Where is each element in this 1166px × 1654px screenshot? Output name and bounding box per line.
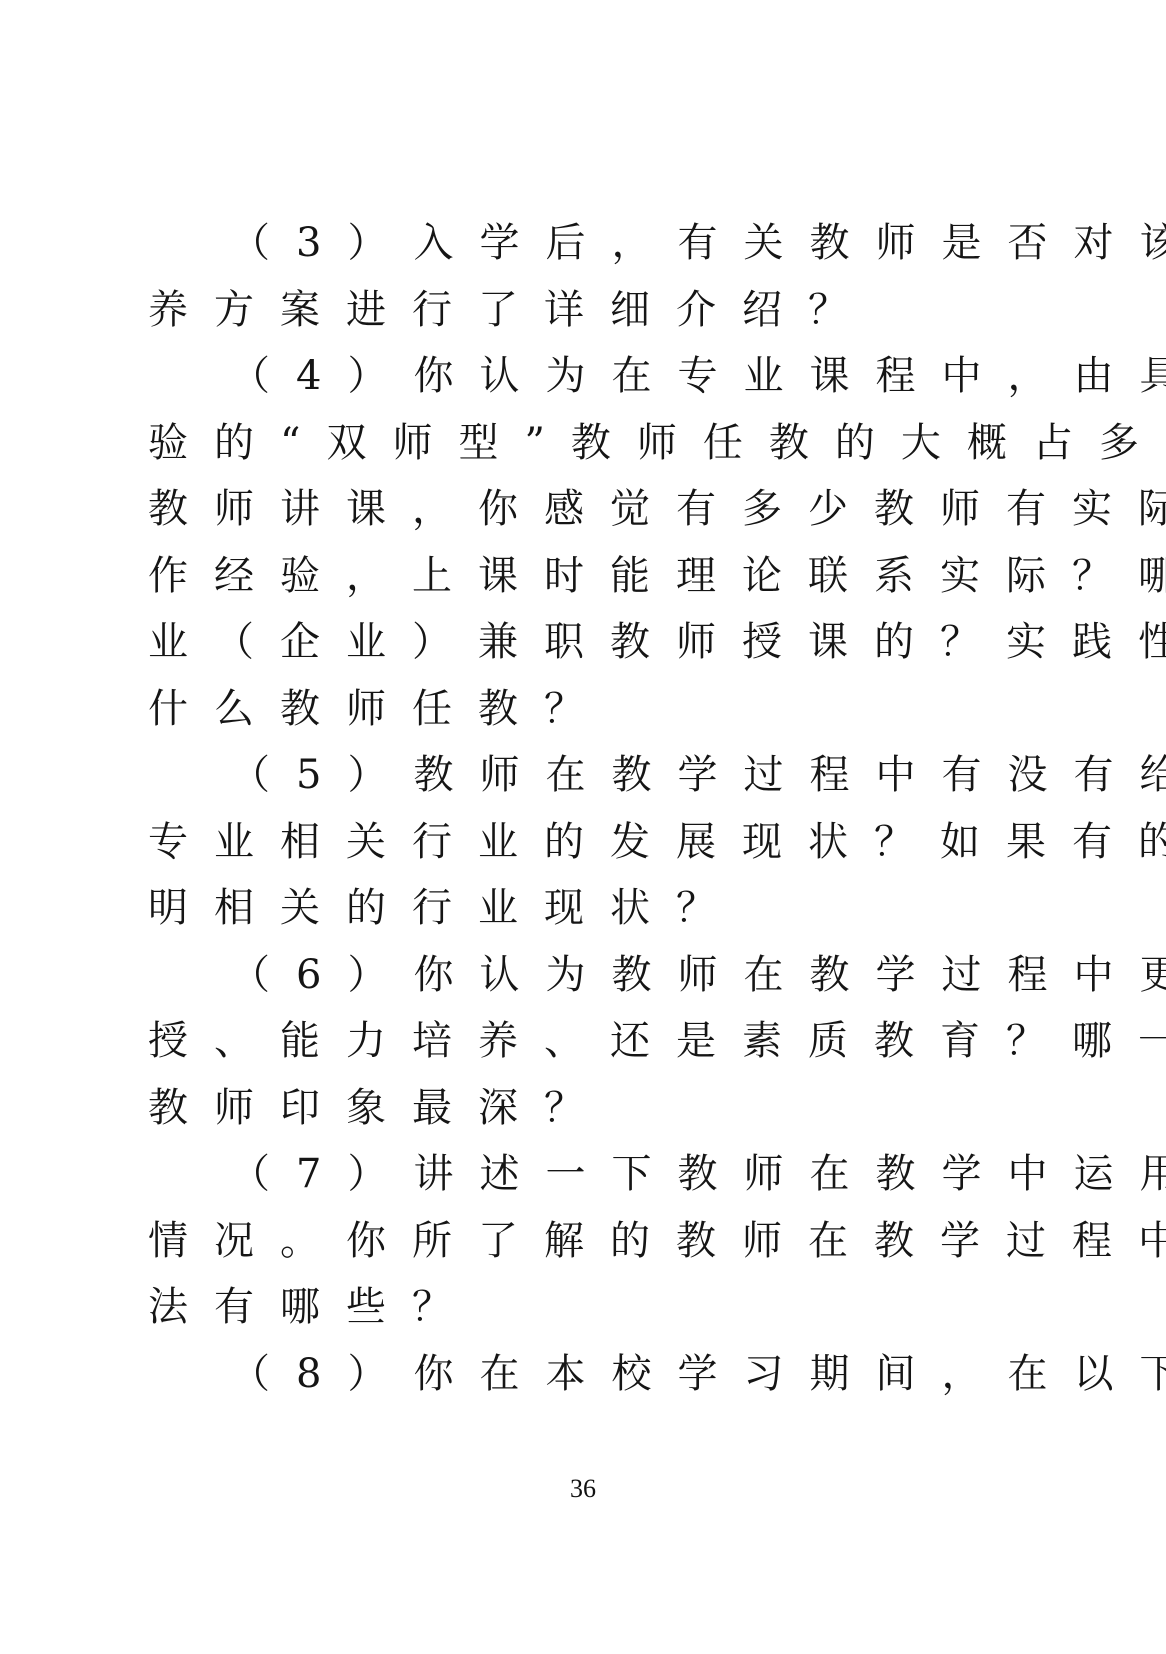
question-6-line-1: （6）你认为教师在教学过程中更加注重知识传	[148, 942, 1018, 1009]
question-4-line-5: 业（企业）兼职教师授课的？实践性课程一般是由	[148, 609, 1018, 676]
question-7-line-2: 情况。你所了解的教师在教学过程中采用的教学方	[148, 1208, 1018, 1275]
body-text: （3）入学后，有关教师是否对该专业的整体培 养方案进行了详细介绍？ （4）你认为…	[148, 210, 1018, 1407]
question-8-line-1: （8）你在本校学习期间，在以下的考试类型中	[148, 1341, 1018, 1408]
question-4-line-3: 教师讲课，你感觉有多少教师有实际行业方面的工	[148, 476, 1018, 543]
question-6-line-2: 授、能力培养、还是素质教育？哪一门课，哪一位	[148, 1008, 1018, 1075]
page-number: 36	[0, 1474, 1166, 1504]
question-6-line-3: 教师印象最深？	[148, 1075, 1018, 1142]
question-7-line-1: （7）讲述一下教师在教学中运用多媒体教学的	[148, 1141, 1018, 1208]
question-4-line-4: 作经验，上课时能理论联系实际？哪些课程是由行	[148, 543, 1018, 610]
question-7-line-3: 法有哪些？	[148, 1274, 1018, 1341]
question-5-line-1: （5）教师在教学过程中有没有给学生介绍与本	[148, 742, 1018, 809]
question-4-line-1: （4）你认为在专业课程中，由具有行业实践经	[148, 343, 1018, 410]
question-3-line-1: （3）入学后，有关教师是否对该专业的整体培	[148, 210, 1018, 277]
question-5-line-2: 专业相关行业的发展现状？如果有的话请你简要说	[148, 809, 1018, 876]
question-5-line-3: 明相关的行业现状？	[148, 875, 1018, 942]
question-4-line-2: 验的“双师型”教师任教的大概占多少比例？通过	[148, 410, 1018, 477]
question-4-line-6: 什么教师任教？	[148, 676, 1018, 743]
question-3-line-2: 养方案进行了详细介绍？	[148, 277, 1018, 344]
document-page: （3）入学后，有关教师是否对该专业的整体培 养方案进行了详细介绍？ （4）你认为…	[0, 0, 1166, 1654]
